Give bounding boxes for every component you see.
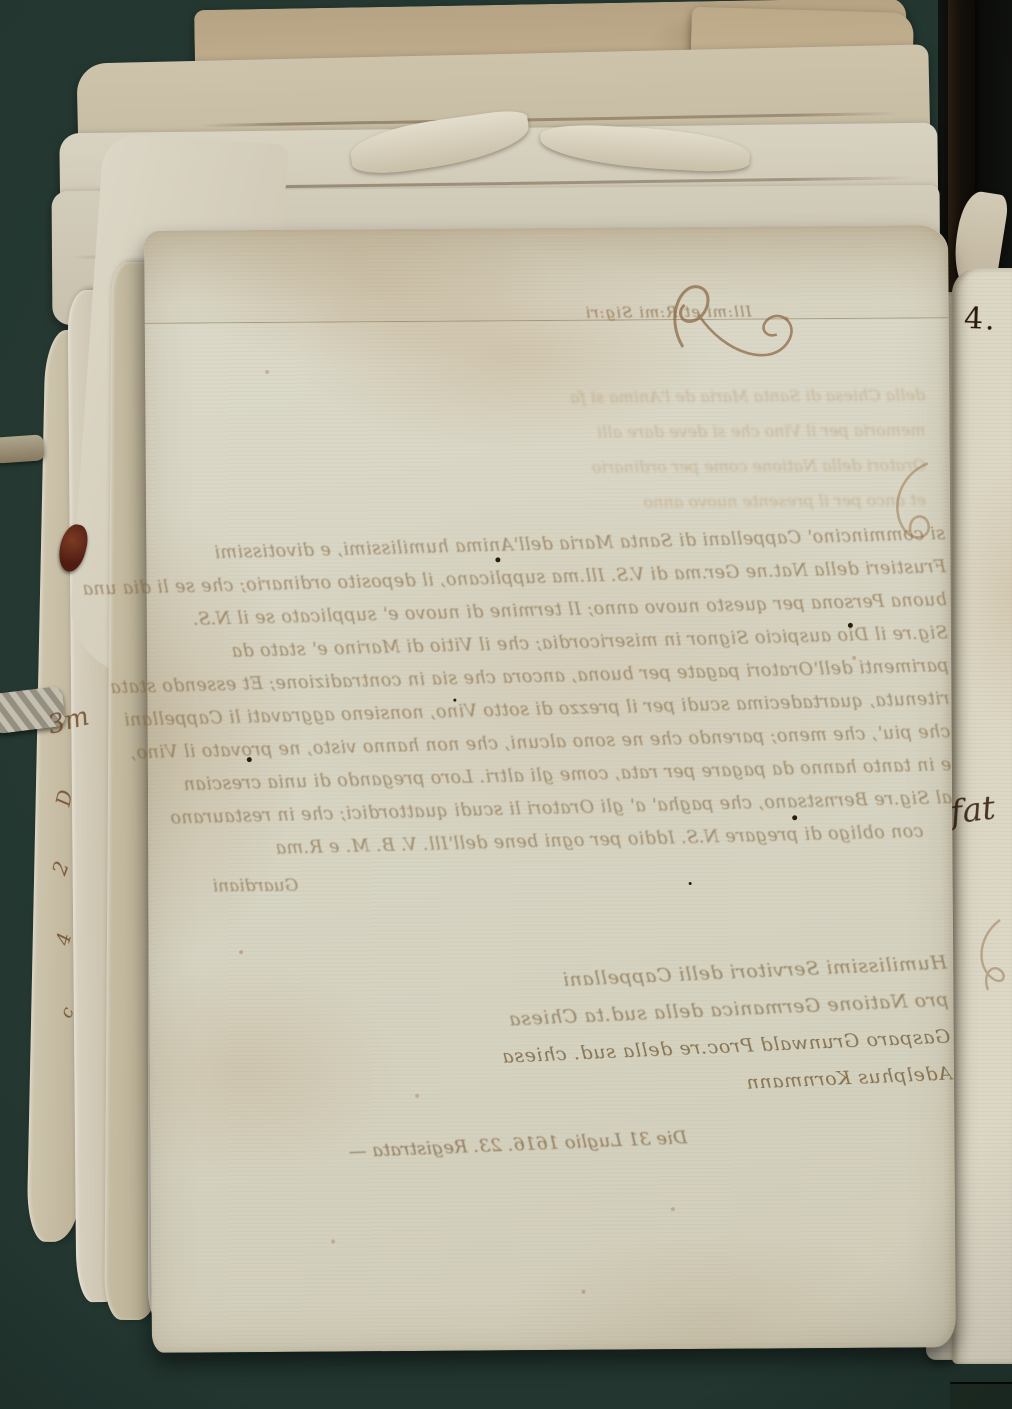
date-line: Die 31 Luglio 1616. 23. Registrata —: [350, 1127, 688, 1162]
signature-block: Humilissimi Servitori delli Cappellani p…: [387, 945, 953, 1118]
ink-notation-mark: fat: [948, 787, 998, 831]
page-number: 4.: [963, 301, 997, 337]
page-top-fold: [144, 225, 949, 324]
binding-board: [950, 1382, 1012, 1409]
closing-word: Guardiani: [213, 876, 299, 897]
ghost-line: memoria per il Vino che si deve dare all…: [255, 412, 925, 452]
ghost-line: Oratori della Natione come per ordinario: [230, 447, 926, 487]
header-inscription: Ill:mi et R:mi Sig:ri: [584, 276, 825, 370]
date-dash: —: [350, 1141, 367, 1163]
date-text: Die 31 Luglio 1616. 23. Registrata —: [350, 1127, 688, 1162]
date-value: Die 31 Luglio 1616. 23. Registrata: [372, 1127, 688, 1161]
manuscript-photo: 4. fat 3m D 2 4 c Ill:mi et R:mi Sig:ri: [0, 0, 1012, 1409]
ghost-line: della Chiesa di Santa Maria de l'Anima s…: [215, 377, 925, 417]
flourish-swirl-icon: [654, 276, 825, 369]
body-text-block: si commincino' Cappellani di Santa Maria…: [203, 524, 953, 873]
flourish-curl-icon: [970, 916, 1010, 1006]
main-page: Ill:mi et R:mi Sig:ri della Chiesa di Sa…: [144, 225, 956, 1353]
ink-flecks: [144, 231, 147, 234]
facing-page: 4. fat: [952, 268, 1012, 1364]
binding-cord-stub: [0, 434, 45, 463]
ghost-text-block: della Chiesa di Santa Maria de l'Anima s…: [215, 377, 926, 522]
foxing-specks: [265, 370, 269, 374]
ghost-line: et anco per il presente nuovo anno: [276, 482, 926, 522]
